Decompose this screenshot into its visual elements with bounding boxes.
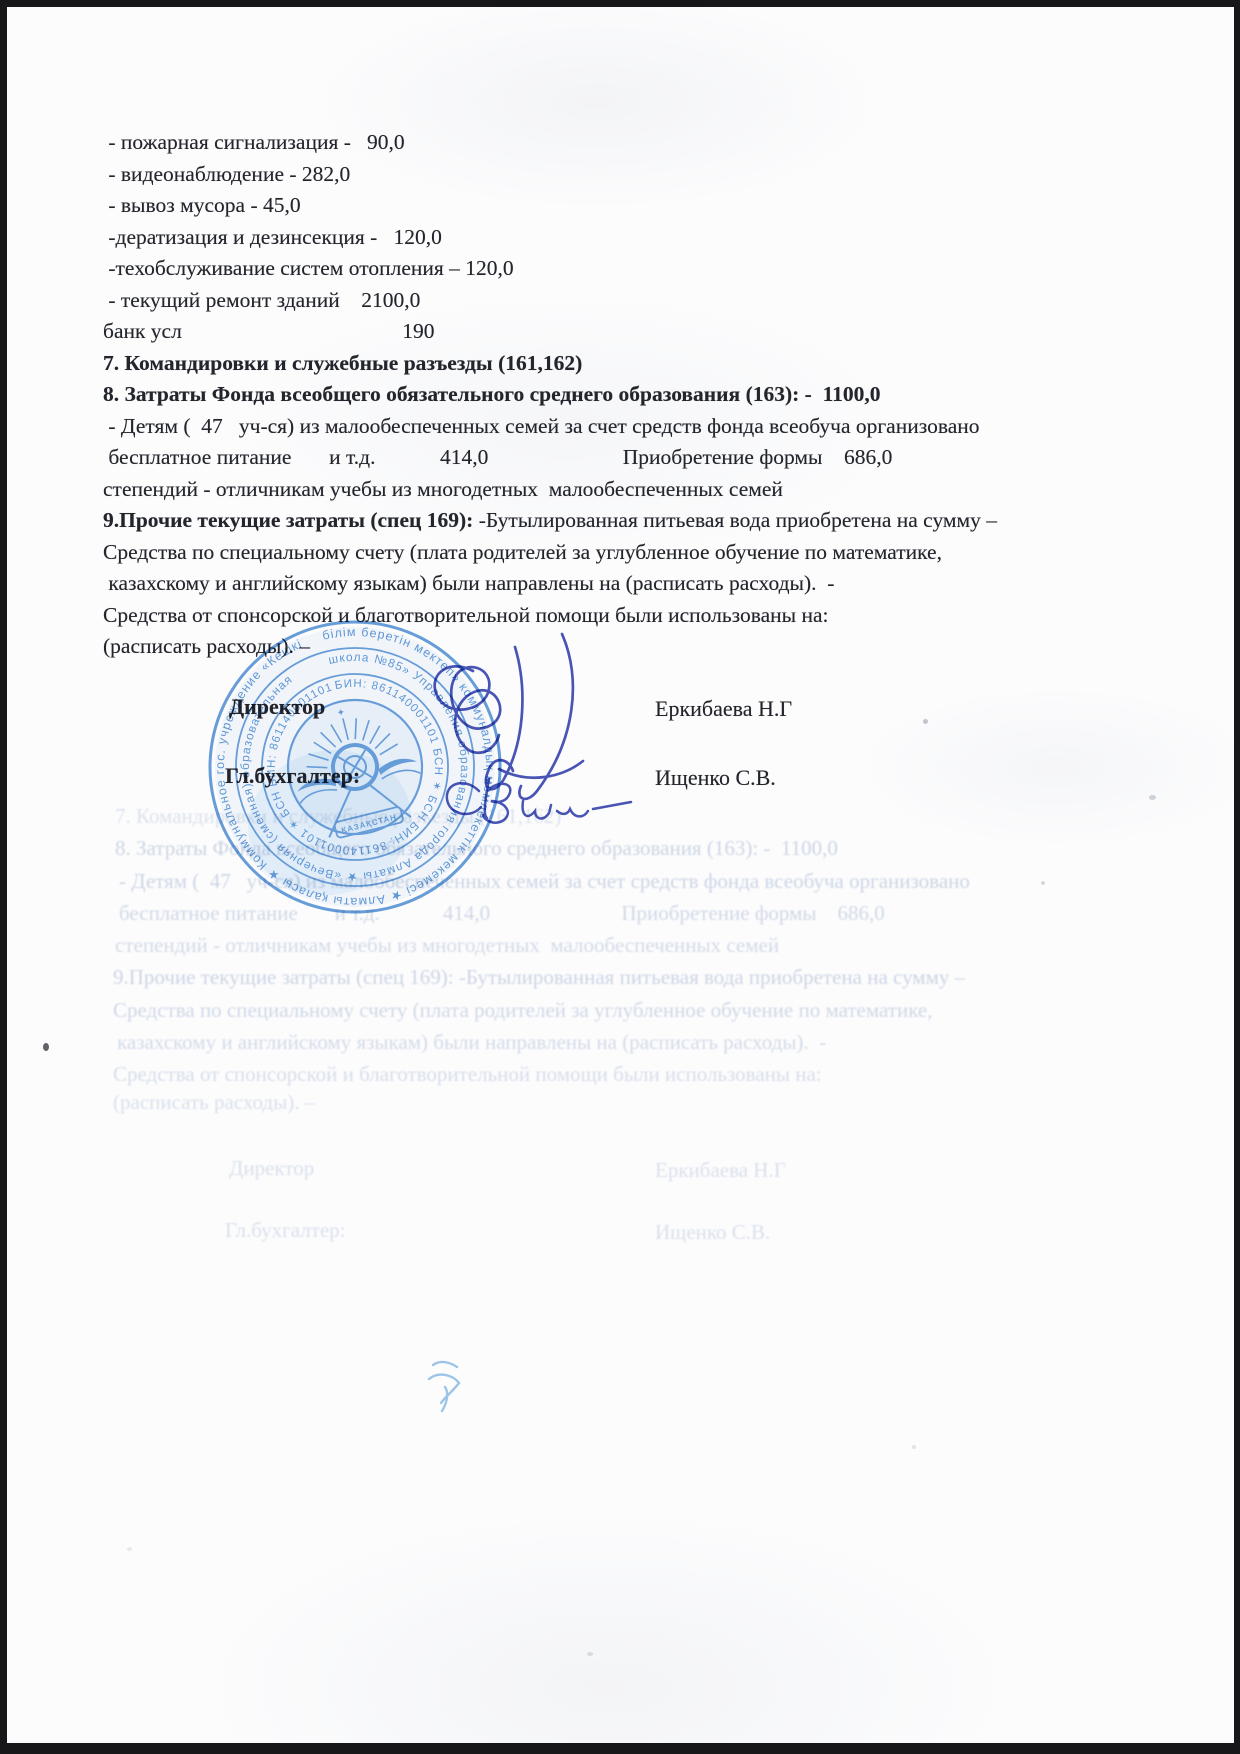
ink-speck [1041, 881, 1045, 885]
ink-speck [43, 1043, 49, 1051]
ghost-line: Еркибаева Н.Г [655, 1157, 786, 1183]
document-lines: - пожарная сигнализация - 90,0 - видеона… [103, 127, 1204, 663]
ink-speck [1149, 795, 1156, 800]
text-line: - видеонаблюдение - 282,0 [103, 159, 1204, 191]
scanned-page: 7. Командировки и служебные разъезды (16… [0, 0, 1240, 1754]
text-line: Средства по специальному счету (плата ро… [103, 537, 1204, 569]
ink-speck [587, 1652, 593, 1656]
text-line: - вывоз мусора - 45,0 [103, 190, 1204, 222]
text-line: 7. Командировки и служебные разъезды (16… [103, 348, 1204, 380]
text-line: банк усл 190 [103, 316, 1204, 348]
ghost-line: 9.Прочие текущие затраты (спец 169): -Бу… [113, 964, 965, 990]
text-line: бесплатное питание и т.д. 414,0 Приобрет… [103, 442, 1204, 474]
handwritten-signatures [377, 619, 687, 889]
ghost-line: казахскому и английскому языкам) были на… [117, 1029, 826, 1055]
ink-speck [127, 1547, 132, 1551]
text-line: 8. Затраты Фонда всеобщего обязательного… [103, 379, 1204, 411]
text-line: - текущий ремонт зданий 2100,0 [103, 285, 1204, 317]
text-line: - Детям ( 47 уч-ся) из малообеспеченных … [103, 411, 1204, 443]
director-signature-icon [435, 634, 583, 799]
ink-speck [912, 1445, 916, 1449]
text-line: -дератизация и дезинсекция - 120,0 [103, 222, 1204, 254]
ghost-line: Гл.бухгалтер: [225, 1217, 346, 1243]
ghost-line: Средства от спонсорской и благотворитель… [113, 1061, 822, 1087]
text-line: - пожарная сигнализация - 90,0 [103, 127, 1204, 159]
ink-speck [923, 719, 928, 724]
ghost-line: степендий - отличникам учебы из многодет… [115, 932, 779, 958]
ghost-line: Директор [229, 1155, 314, 1181]
ghost-line: (расписать расходы). – [113, 1089, 315, 1115]
text-line: -техобслуживание систем отопления – 120,… [103, 253, 1204, 285]
text-line: степендий - отличникам учебы из многодет… [103, 474, 1204, 506]
ghost-line: Ищенко С.В. [655, 1219, 770, 1245]
text-line: казахскому и английскому языкам) были на… [103, 568, 1204, 600]
ghost-line: Средства по специальному счету (плата ро… [113, 997, 932, 1023]
accountant-signature-icon [447, 779, 631, 823]
text-line: 9.Прочие текущие затраты (спец 169): -Бу… [103, 505, 1204, 537]
ink-smudge-icon [419, 1355, 475, 1419]
